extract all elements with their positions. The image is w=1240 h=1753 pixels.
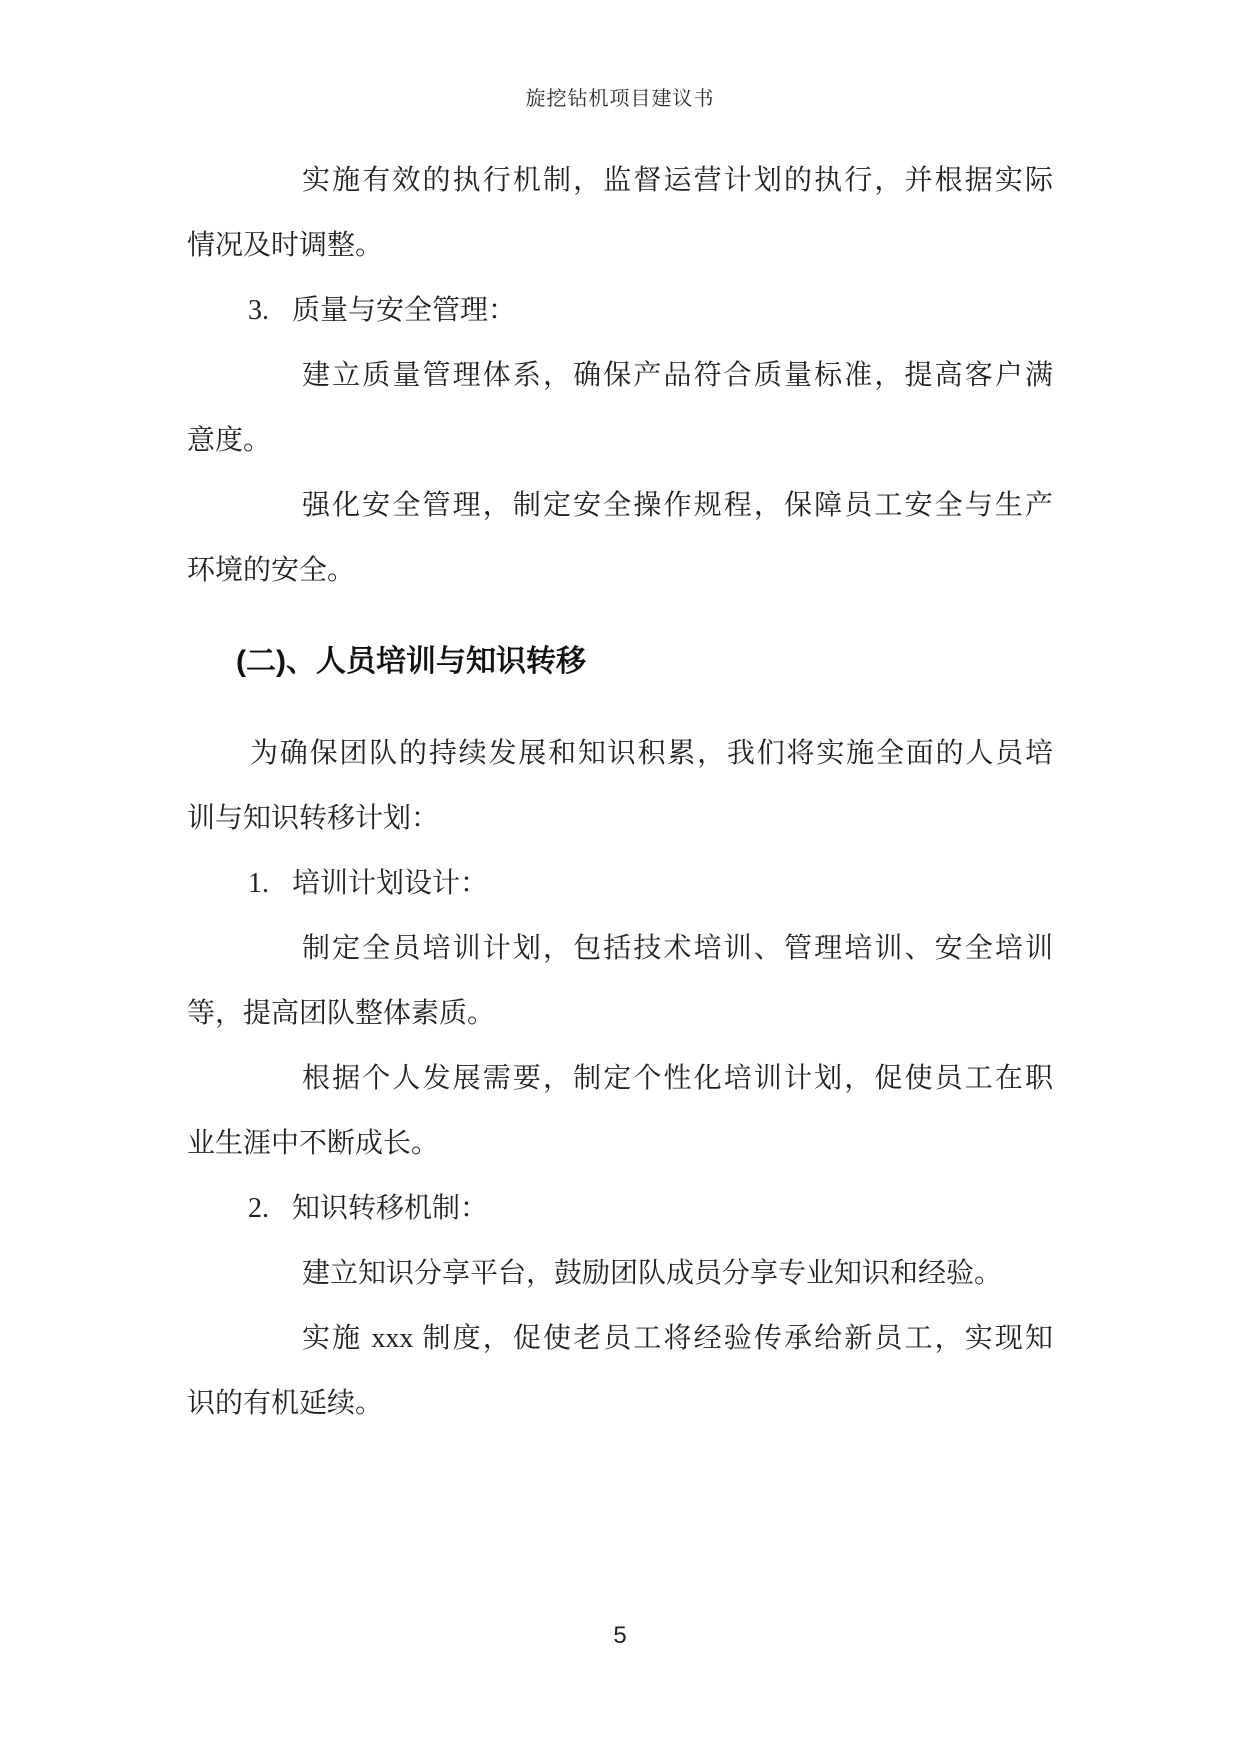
text-line: 意度。 <box>187 408 1053 473</box>
text-line: 建立质量管理体系，确保产品符合质量标准，提高客户满 <box>187 343 1053 408</box>
text-line: 根据个人发展需要，制定个性化培训计划，促使员工在职 <box>187 1046 1053 1111</box>
text-line: 识的有机延续。 <box>187 1371 1053 1436</box>
list-item-text: 质量与安全管理： <box>292 295 516 326</box>
text-line: 制定全员培训计划，包括技术培训、管理培训、安全培训 <box>187 916 1053 981</box>
document-page: 旋挖钻机项目建议书 实施有效的执行机制，监督运营计划的执行，并根据实际情况及时调… <box>0 0 1240 1753</box>
page-number: 5 <box>613 1622 626 1649</box>
list-item-text: 培训计划设计： <box>292 868 488 899</box>
page-footer: 5 <box>0 1622 1240 1650</box>
list-item-text: 知识转移机制： <box>292 1193 488 1224</box>
text-line: 实施有效的执行机制，监督运营计划的执行，并根据实际 <box>187 148 1053 213</box>
numbered-item-line: 2.知识转移机制： <box>187 1176 1053 1241</box>
text-line: 强化安全管理，制定安全操作规程，保障员工安全与生产 <box>187 473 1053 538</box>
text-line: 情况及时调整。 <box>187 213 1053 278</box>
numbered-item-line: 3.质量与安全管理： <box>187 278 1053 343</box>
text-line: 训与知识转移计划： <box>187 786 1053 851</box>
numbered-item-line: 1.培训计划设计： <box>187 851 1053 916</box>
list-number: 3. <box>248 278 292 343</box>
list-number: 1. <box>248 851 292 916</box>
document-body: 实施有效的执行机制，监督运营计划的执行，并根据实际情况及时调整。3.质量与安全管… <box>187 148 1053 1436</box>
text-line: 等，提高团队整体素质。 <box>187 981 1053 1046</box>
list-number: 2. <box>248 1176 292 1241</box>
header-title: 旋挖钻机项目建议书 <box>526 88 715 110</box>
text-line: 业生涯中不断成长。 <box>187 1111 1053 1176</box>
section-heading: (二)、人员培训与知识转移 <box>187 603 1053 721</box>
text-line: 实施 xxx 制度，促使老员工将经验传承给新员工，实现知 <box>187 1306 1053 1371</box>
page-header: 旋挖钻机项目建议书 <box>0 82 1240 111</box>
text-line: 建立知识分享平台，鼓励团队成员分享专业知识和经验。 <box>187 1241 1053 1306</box>
text-line: 环境的安全。 <box>187 538 1053 603</box>
text-line: 为确保团队的持续发展和知识积累，我们将实施全面的人员培 <box>187 721 1053 786</box>
